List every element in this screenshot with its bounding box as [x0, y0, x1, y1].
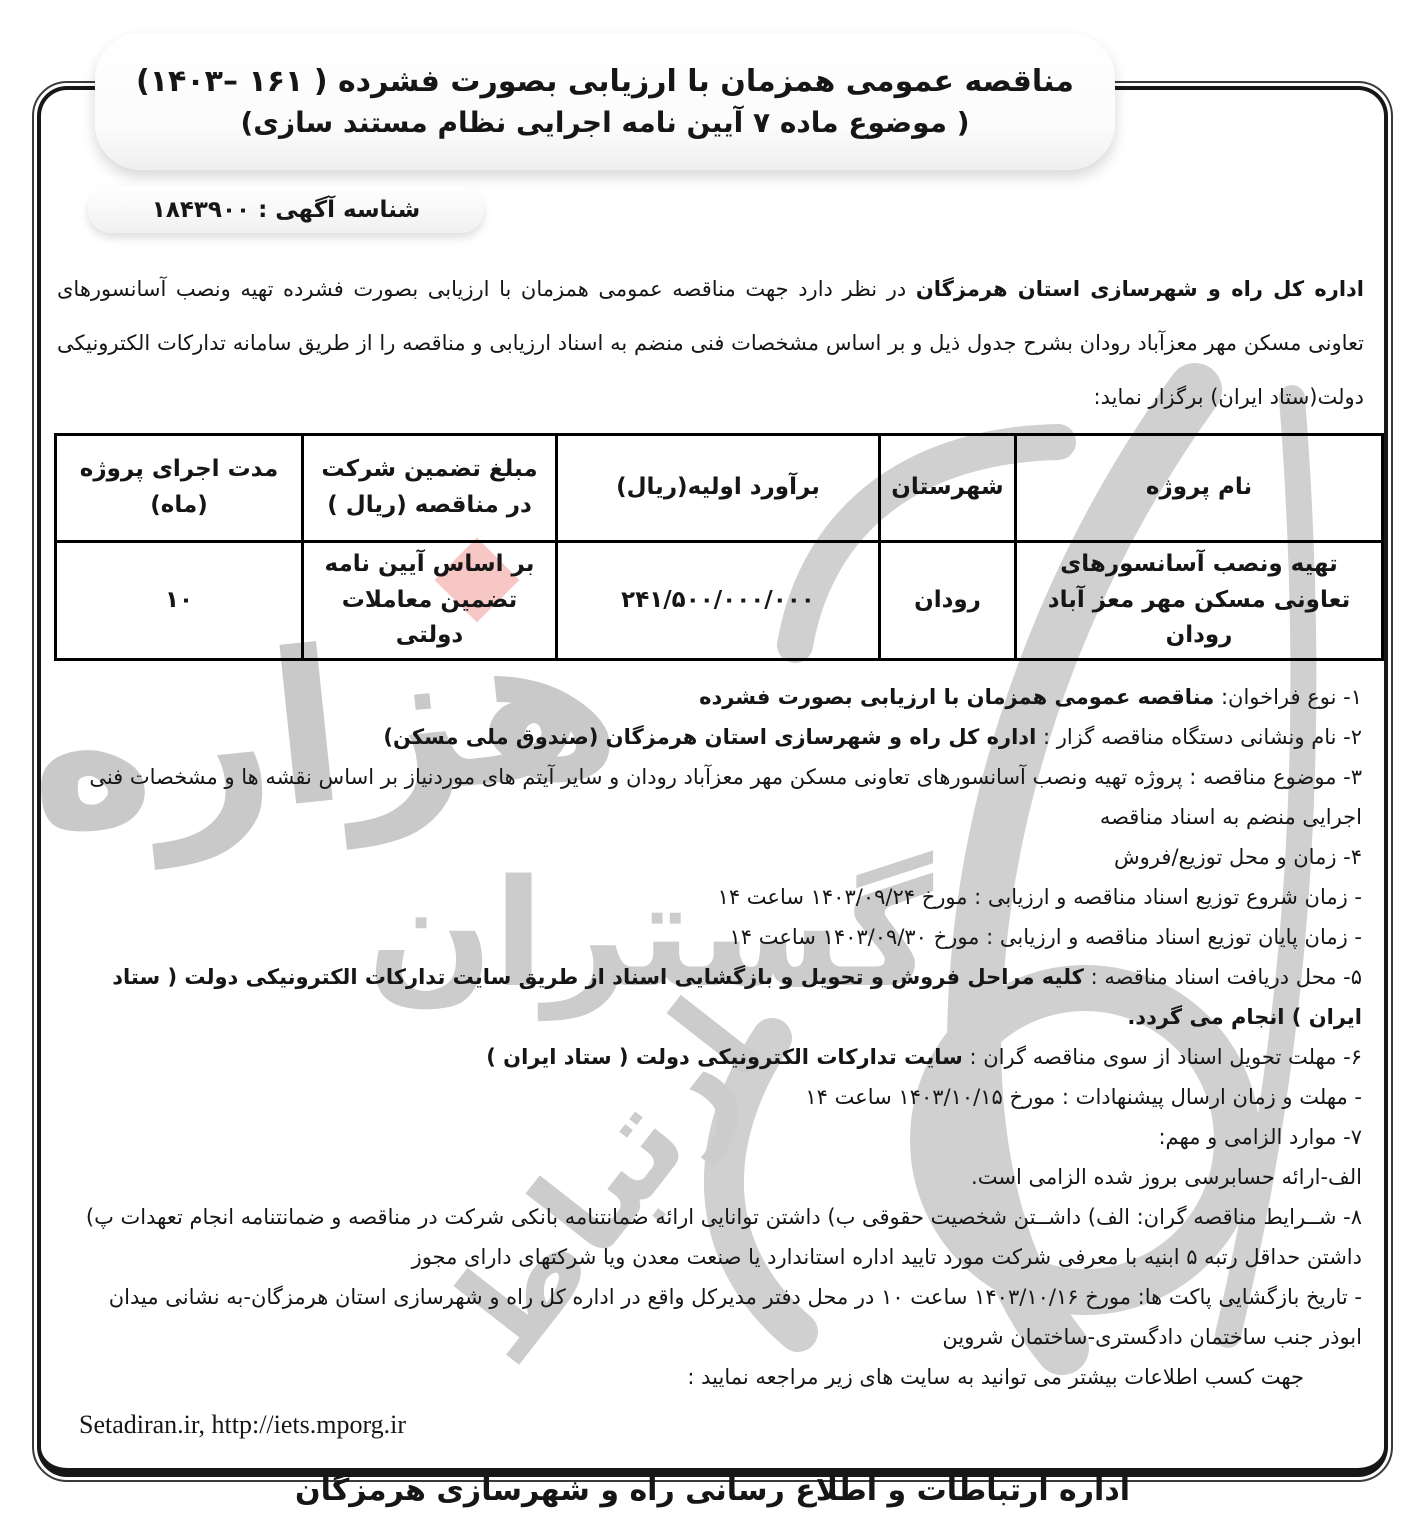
header-initial-estimate: برآورد اولیه(ریال)	[557, 435, 880, 542]
tender-table: نام پروژه شهرستان برآورد اولیه(ریال) مبل…	[54, 433, 1384, 661]
title-banner: مناقصه عمومی همزمان با ارزیابی بصورت فشر…	[95, 33, 1115, 170]
title-line-1: مناقصه عمومی همزمان با ارزیابی بصورت فشر…	[136, 67, 1074, 97]
item-more-info: جهت کسب اطلاعات بیشتر می توانید به سایت …	[61, 1357, 1362, 1397]
item-audit-requirement: الف-ارائه حسابرسی بروز شده الزامی است.	[61, 1157, 1362, 1197]
table-row: تهیه ونصب آسانسورهای تعاونی مسکن مهر معز…	[56, 542, 1383, 660]
item-submission-deadline-place: ۶- مهلت تحویل اسناد از سوی مناقصه گران :…	[61, 1037, 1362, 1077]
item-envelope-opening-date: - تاریخ بازگشایی پاکت ها: مورخ ۱۴۰۳/۱۰/۱…	[61, 1277, 1362, 1357]
item-agency-address: ۲- نام ونشانی دستگاه مناقصه گزار : اداره…	[61, 717, 1362, 757]
ad-id-badge: شناسه آگهی : ۱۸۴۳۹۰۰	[88, 186, 484, 233]
cell-guarantee-amount: بر اساس آیین نامه تضمین معاملات دولتی	[303, 542, 557, 660]
document-body: اداره کل راه و شهرسازی استان هرمزگان در …	[41, 252, 1384, 1509]
item-distribution-start: - زمان شروع توزیع اسناد مناقصه و ارزیابی…	[61, 877, 1362, 917]
header-duration: مدت اجرای پروژه (ماه)	[56, 435, 303, 542]
intro-paragraph: اداره کل راه و شهرسازی استان هرمزگان در …	[57, 262, 1364, 424]
item-subject: ۳- موضوع مناقصه : پروژه تهیه ونصب آسانسو…	[61, 757, 1362, 837]
table-header-row: نام پروژه شهرستان برآورد اولیه(ریال) مبل…	[56, 435, 1383, 542]
cell-county: رودان	[880, 542, 1016, 660]
header-project-name: نام پروژه	[1016, 435, 1383, 542]
item-distribution-time-place: ۴- زمان و محل توزیع/فروش	[61, 837, 1362, 877]
item-document-receipt-place: ۵- محل دریافت اسناد مناقصه : کلیه مراحل …	[61, 957, 1362, 1037]
item-mandatory-notes: ۷- موارد الزامی و مهم:	[61, 1117, 1362, 1157]
item-distribution-end: - زمان پایان توزیع اسناد مناقصه و ارزیاب…	[61, 917, 1362, 957]
item-proposal-deadline: - مهلت و زمان ارسال پیشنهادات : مورخ ۱۴۰…	[61, 1077, 1362, 1117]
item-call-type: ۱- نوع فراخوان: مناقصه عمومی همزمان با ا…	[61, 677, 1362, 717]
agency-name: اداره کل راه و شهرسازی استان هرمزگان	[916, 277, 1364, 301]
title-line-2: ( موضوع ماده ۷ آیین نامه اجرایی نظام مست…	[240, 109, 969, 137]
cell-duration: ۱۰	[56, 542, 303, 660]
tender-announcement-page: هزاره گستران ارتباط مناقصه عمومی همزمان …	[0, 0, 1425, 1521]
footer-issuing-office: اداره ارتباطات و اطلاع رسانی راه و شهرسا…	[41, 1473, 1384, 1509]
cell-project-name: تهیه ونصب آسانسورهای تعاونی مسکن مهر معز…	[1016, 542, 1383, 660]
conditions-list: ۱- نوع فراخوان: مناقصه عمومی همزمان با ا…	[41, 677, 1384, 1397]
item-bidder-conditions: ۸- شــرایط مناقصه گران: الف) داشــتن شخص…	[61, 1197, 1362, 1277]
header-county: شهرستان	[880, 435, 1016, 542]
header-guarantee-amount: مبلغ تضمین شرکت در مناقصه (ریال )	[303, 435, 557, 542]
cell-initial-estimate: ۲۴۱/۵۰۰/۰۰۰/۰۰۰	[557, 542, 880, 660]
websites-text: Setadiran.ir, http://iets.mporg.ir	[41, 1405, 1384, 1445]
